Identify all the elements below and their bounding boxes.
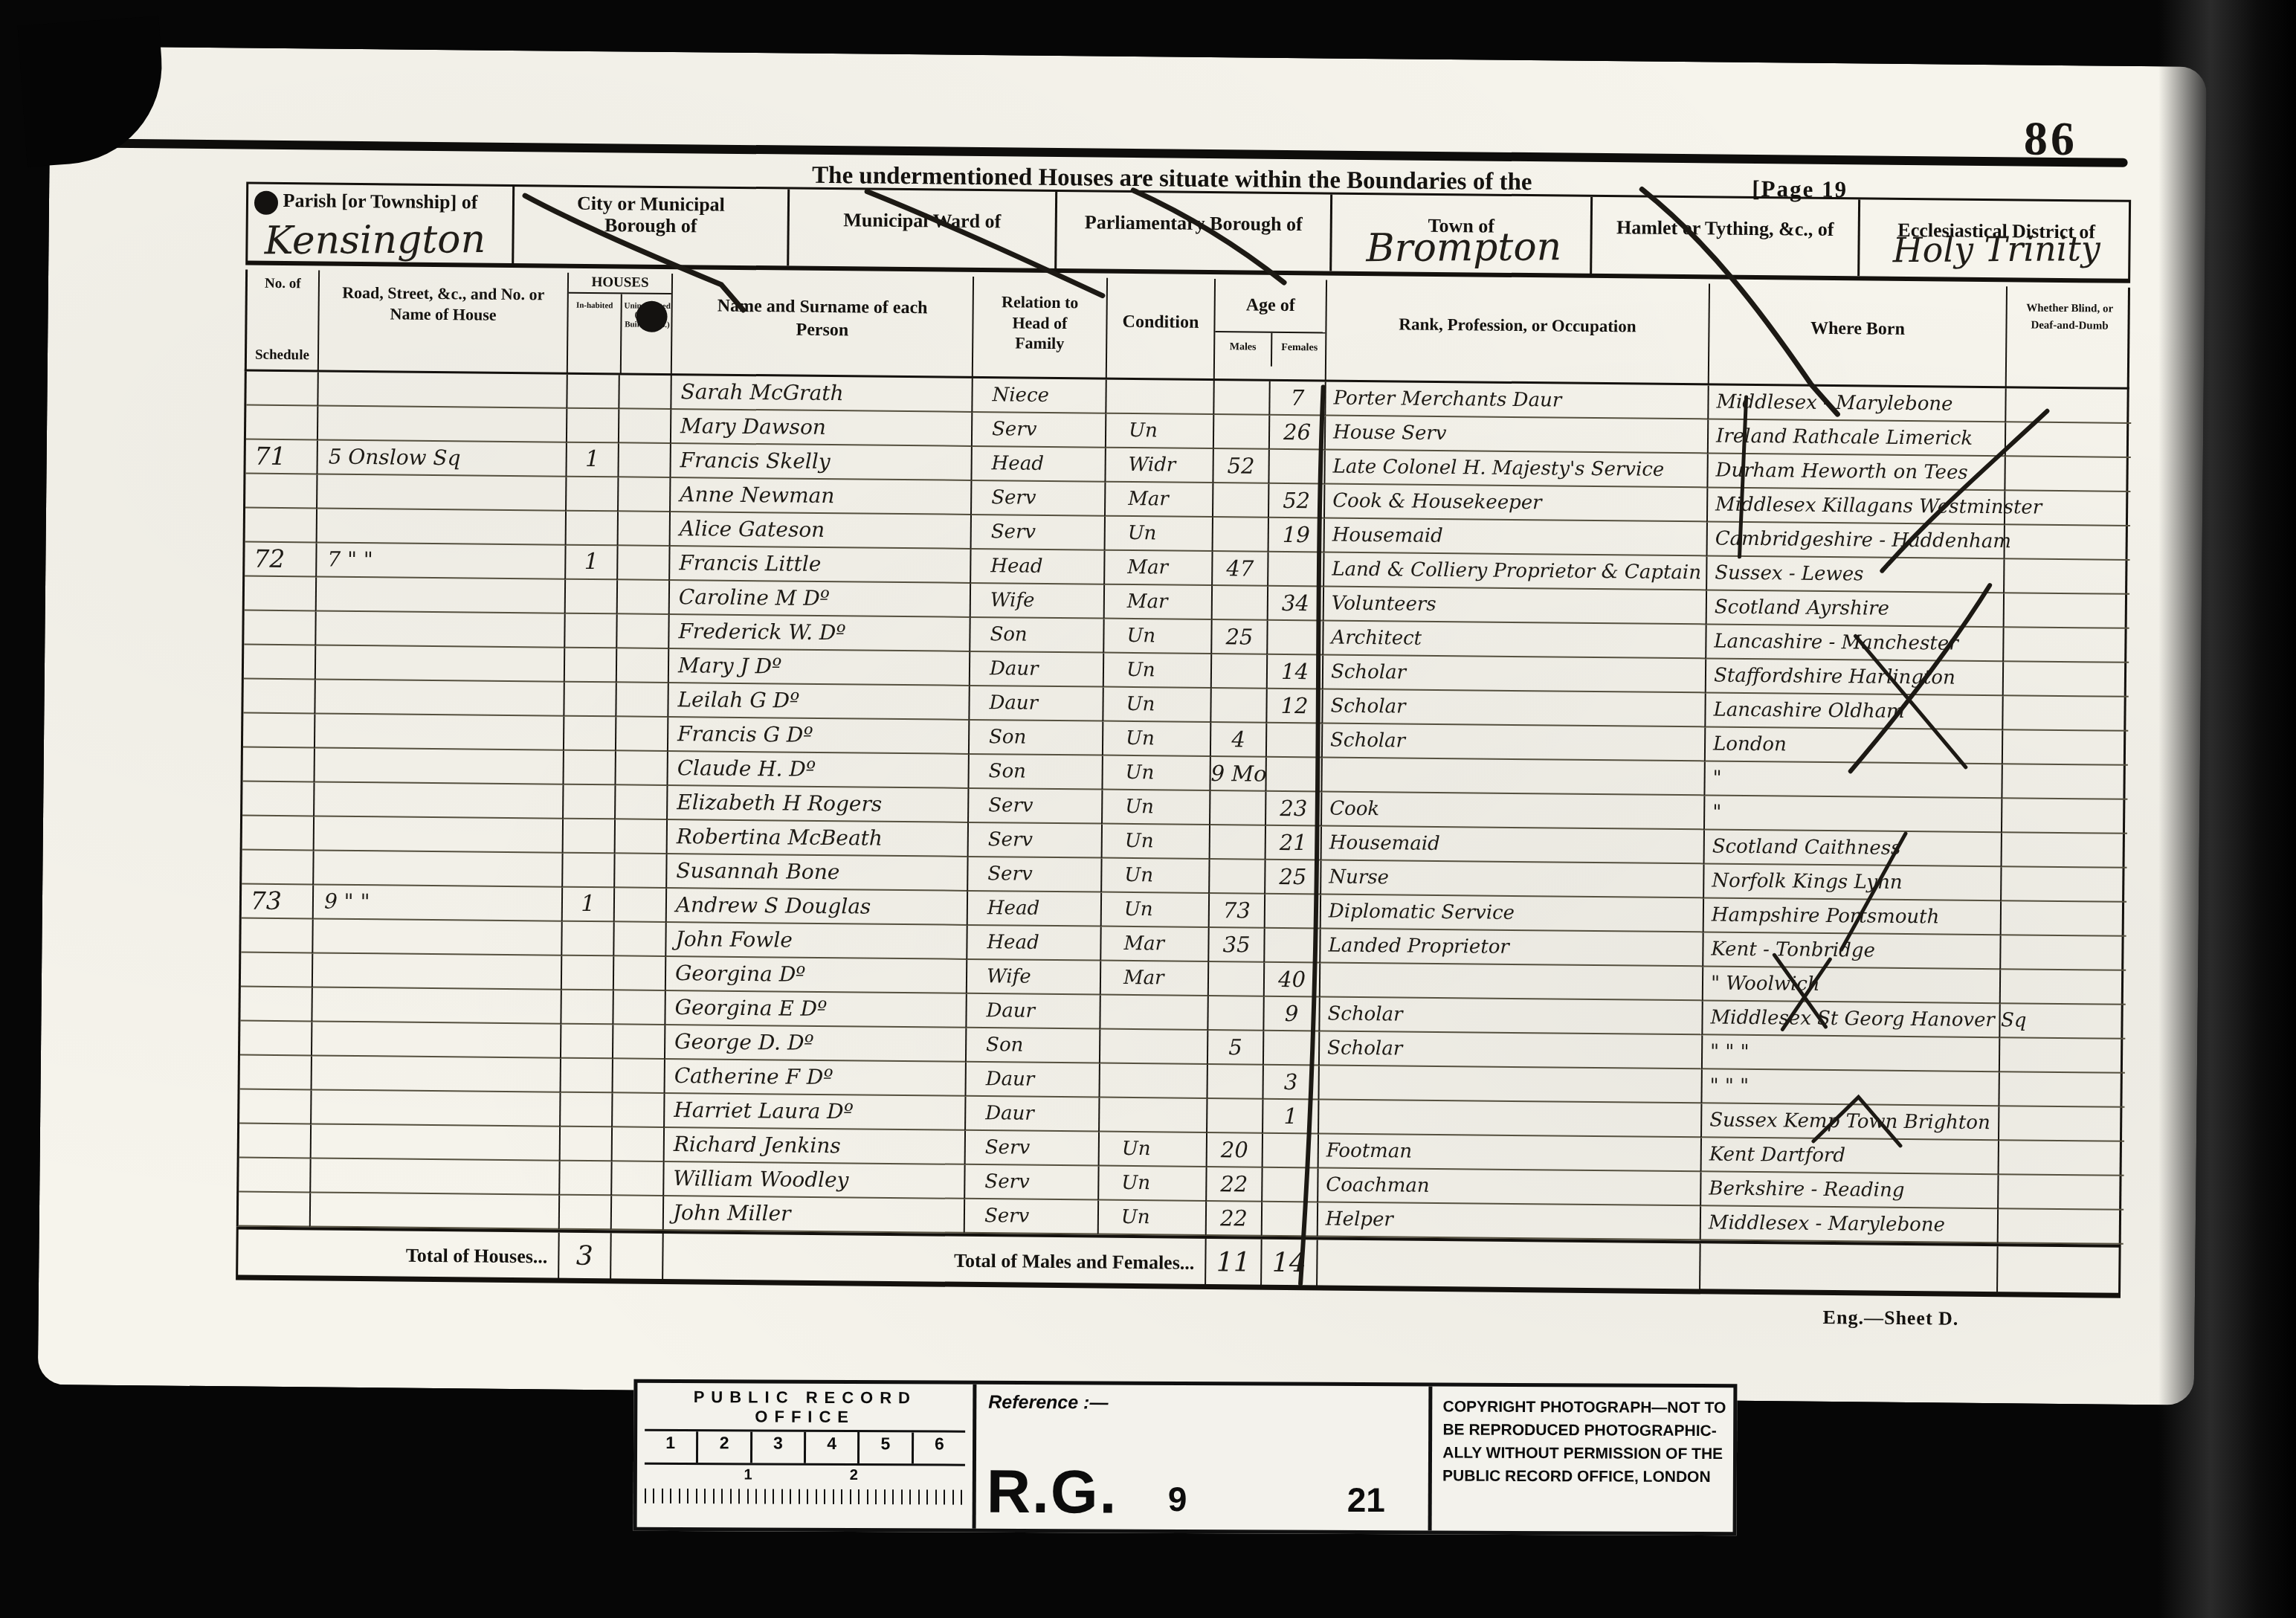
cell-born: Sussex - Lewes xyxy=(1706,556,2003,593)
cell-age_f: 52 xyxy=(1268,484,1323,519)
cell-inhabited xyxy=(562,785,614,820)
cell-age_m: 22 xyxy=(1205,1202,1261,1237)
cell-occupation: Volunteers xyxy=(1323,587,1706,625)
cell-name: Harriet Laura Dº xyxy=(663,1094,964,1131)
cell-age_m xyxy=(1212,483,1268,518)
ruler-number: 2 xyxy=(696,1431,750,1463)
cell-relation: Son xyxy=(969,618,1103,654)
cell-age_f: 14 xyxy=(1266,655,1322,690)
cell-name: Alice Gateson xyxy=(669,512,970,549)
cell-relation: Head xyxy=(967,892,1100,927)
cell-inhabited: 1 xyxy=(565,443,617,478)
cell-condition: Un xyxy=(1104,517,1212,552)
cell-infirm xyxy=(2002,696,2128,732)
cell-relation: Serv xyxy=(970,515,1104,551)
cell-born: Middlesex - Marylebone xyxy=(1707,385,2005,422)
cell-inhabited xyxy=(560,990,612,1025)
cell-age_f xyxy=(1263,1031,1318,1066)
parish-value: Kensington xyxy=(264,217,486,263)
top-rule xyxy=(68,138,2128,167)
cell-condition: Un xyxy=(1097,1201,1205,1236)
cell-name: John Miller xyxy=(662,1196,964,1234)
census-photograph: { "page": { "stamp_number": "86", "title… xyxy=(0,0,2296,1618)
book-spine-shadow xyxy=(2158,0,2296,1618)
cell-address xyxy=(312,919,561,955)
cell-age_f: 26 xyxy=(1268,416,1324,451)
cell-relation: Daur xyxy=(964,1097,1098,1132)
district-header-row: Parish [or Township] of Kensington City … xyxy=(245,182,2131,283)
cell-age_f: 7 xyxy=(1268,381,1324,416)
cell-uninhabited xyxy=(613,956,665,991)
cell-inhabited xyxy=(563,717,615,752)
cell-condition: Un xyxy=(1102,722,1210,757)
cell-schedule xyxy=(239,1193,309,1228)
cell-uninhabited xyxy=(611,1093,663,1128)
cell-uninhabited xyxy=(610,1196,662,1231)
cell-condition: Un xyxy=(1098,1132,1206,1167)
sheet-note: Eng.—Sheet D. xyxy=(1823,1306,1959,1330)
cell-relation: Serv xyxy=(964,1131,1098,1167)
reference-series: 9 xyxy=(1168,1479,1187,1519)
cell-infirm xyxy=(1999,970,2126,1005)
cell-address xyxy=(313,816,562,853)
cell-inhabited xyxy=(564,648,616,683)
cell-schedule xyxy=(239,1124,310,1159)
cell-occupation: Porter Merchants Daur xyxy=(1324,381,1707,419)
cell-age_m xyxy=(1208,860,1264,895)
col-houses: HOUSES In-habited Unin-habited (U.), or … xyxy=(567,273,671,375)
col-road: Road, Street, &c., and No. or Name of Ho… xyxy=(317,270,567,373)
total-houses-value: 3 xyxy=(558,1233,610,1281)
cell-born: London xyxy=(1704,727,2002,764)
cell-age_m xyxy=(1213,415,1268,450)
cell-schedule xyxy=(240,987,311,1022)
totals-empty-uninhabited xyxy=(610,1233,662,1281)
cell-born: " " " xyxy=(1700,1069,1998,1106)
cell-condition: Un xyxy=(1100,893,1208,928)
cell-condition: Un xyxy=(1097,1167,1205,1202)
cell-born: Lancashire - Manchester xyxy=(1705,625,2002,662)
ruler-fine-scale: 1 2 xyxy=(645,1465,965,1505)
col-uninhabited: Unin-habited (U.), or Building (B.) xyxy=(620,294,673,375)
total-houses-label: Total of Houses... xyxy=(238,1229,558,1280)
cell-schedule xyxy=(242,782,313,817)
cell-address xyxy=(317,372,566,408)
cell-infirm xyxy=(2002,662,2129,697)
census-sheet: 86 The undermentioned Houses are situate… xyxy=(38,46,2207,1405)
copyright-line: BE REPRODUCED PHOTOGRAPHIC- xyxy=(1442,1419,1726,1443)
cell-schedule xyxy=(245,474,316,509)
cell-occupation: Housemaid xyxy=(1320,826,1703,864)
cell-address xyxy=(310,1124,559,1161)
cell-age_m xyxy=(1206,1065,1262,1100)
cell-address xyxy=(309,1193,558,1229)
cell-name: Sarah McGrath xyxy=(670,376,971,413)
cell-infirm xyxy=(1997,1209,2124,1245)
cell-uninhabited xyxy=(616,546,668,581)
copyright-line: COPYRIGHT PHOTOGRAPH—NOT TO xyxy=(1442,1396,1726,1420)
reference-label: Reference :— xyxy=(988,1392,1108,1414)
cell-relation: Niece xyxy=(971,378,1105,414)
ruler-number: 4 xyxy=(804,1432,858,1463)
cell-inhabited xyxy=(559,1127,611,1162)
cell-infirm xyxy=(2003,593,2129,629)
cell-condition xyxy=(1099,996,1207,1031)
cell-condition xyxy=(1098,1064,1206,1099)
cell-age_m xyxy=(1210,689,1265,723)
cell-inhabited xyxy=(564,614,616,649)
totals-empty-born xyxy=(1699,1243,1997,1294)
cell-inhabited xyxy=(561,854,613,889)
cell-born: Sussex Kemp Town Brighton xyxy=(1700,1103,1998,1141)
header-box-parl-borough: Parliamentary Borough of xyxy=(1054,192,1330,271)
cell-inhabited xyxy=(566,409,618,444)
cell-name: George D. Dº xyxy=(664,1025,965,1063)
cell-name: Claude H. Dº xyxy=(666,752,967,789)
cell-address xyxy=(317,406,566,442)
cell-name: William Woodley xyxy=(662,1162,964,1199)
cell-condition: Un xyxy=(1101,825,1209,860)
ruler-number: 1 xyxy=(744,1466,752,1483)
cell-relation: Head xyxy=(970,447,1104,483)
cell-born: Lancashire Oldham xyxy=(1704,693,2002,730)
cell-age_m: 52 xyxy=(1212,449,1268,484)
pro-ruler-box: PUBLIC RECORD OFFICE 1 2 3 4 5 6 1 2 xyxy=(637,1383,977,1529)
pro-copyright-box: COPYRIGHT PHOTOGRAPH—NOT TO BE REPRODUCE… xyxy=(1432,1386,1734,1532)
totals-empty-occupation xyxy=(1316,1240,1700,1291)
cell-infirm xyxy=(2004,457,2130,492)
cell-infirm xyxy=(1998,1141,2124,1176)
cell-address xyxy=(314,680,563,716)
hamlet-label: Hamlet or Tything, &c., of xyxy=(1593,197,1859,241)
col-age-title: Age of xyxy=(1215,279,1326,332)
col-name: Name and Surname of each Person xyxy=(671,274,973,378)
cell-born: Middlesex - Marylebone xyxy=(1700,1206,1997,1243)
cell-inhabited xyxy=(562,819,614,854)
cell-uninhabited xyxy=(617,512,669,547)
cell-born: " " " xyxy=(1701,1035,1999,1072)
cell-infirm xyxy=(2003,525,2129,561)
cell-relation: Serv xyxy=(964,1165,1097,1201)
cell-name: Anne Newman xyxy=(669,478,970,515)
cell-condition: Mar xyxy=(1100,927,1207,962)
cell-age_f: 9 xyxy=(1263,997,1318,1032)
cell-age_m xyxy=(1209,825,1265,860)
cell-infirm xyxy=(2002,730,2128,766)
reference-class: R.G. xyxy=(987,1457,1118,1528)
cell-schedule: 71 xyxy=(245,440,316,475)
cell-inhabited xyxy=(565,512,617,547)
cell-address xyxy=(311,987,560,1024)
cell-address xyxy=(315,577,564,613)
cell-uninhabited xyxy=(611,1127,663,1162)
cell-relation: Serv xyxy=(964,1199,1097,1235)
copyright-line: PUBLIC RECORD OFFICE, LONDON xyxy=(1442,1465,1726,1489)
cell-relation: Serv xyxy=(971,413,1105,448)
cell-address xyxy=(314,748,563,784)
cell-uninhabited xyxy=(612,1025,664,1060)
cell-schedule xyxy=(240,1056,311,1091)
total-mf-label: Total of Males and Females... xyxy=(662,1234,1205,1286)
cell-age_f: 3 xyxy=(1262,1066,1318,1100)
total-males-value: 11 xyxy=(1205,1239,1261,1287)
cell-age_m: 47 xyxy=(1211,552,1267,587)
cell-age_m xyxy=(1211,586,1267,621)
cell-born: Scotland Caithness xyxy=(1703,830,2001,867)
cell-born: " xyxy=(1703,796,2001,833)
cell-address xyxy=(309,1158,558,1195)
cell-schedule xyxy=(241,953,312,988)
cell-name: Richard Jenkins xyxy=(663,1128,964,1165)
cell-born: " Woolwich xyxy=(1702,967,1999,1004)
cell-occupation: Scholar xyxy=(1321,723,1704,761)
cell-occupation: Scholar xyxy=(1322,655,1705,693)
cell-relation: Serv xyxy=(967,857,1100,893)
cell-inhabited xyxy=(559,1093,611,1128)
cell-schedule xyxy=(243,748,314,783)
cell-relation: Son xyxy=(965,1028,1099,1064)
cell-uninhabited xyxy=(613,922,665,957)
cell-occupation: Helper xyxy=(1317,1202,1700,1240)
cell-condition: Un xyxy=(1103,654,1210,689)
cell-occupation xyxy=(1318,1100,1700,1138)
cell-infirm xyxy=(1999,1004,2125,1040)
ruler-number: 6 xyxy=(912,1432,966,1463)
cell-condition: Mar xyxy=(1103,551,1211,586)
cell-inhabited xyxy=(566,375,618,410)
cell-schedule xyxy=(239,1158,309,1193)
cell-name: Andrew S Douglas xyxy=(665,889,967,926)
cell-infirm xyxy=(1998,1072,2124,1108)
cell-age_m: 73 xyxy=(1208,894,1264,929)
cell-uninhabited xyxy=(614,785,666,820)
cell-age_m xyxy=(1213,381,1268,416)
cell-infirm xyxy=(2003,559,2129,595)
cell-age_m: 22 xyxy=(1205,1167,1261,1202)
cell-relation: Serv xyxy=(967,789,1101,825)
cell-uninhabited xyxy=(612,1059,664,1094)
cell-relation: Daur xyxy=(965,994,1099,1030)
cell-relation: Daur xyxy=(969,652,1103,688)
cell-schedule xyxy=(241,919,312,954)
cell-age_m xyxy=(1210,654,1266,689)
census-rows: Sarah McGrathNiece7Porter Merchants Daur… xyxy=(236,372,2129,1245)
cell-age_m: 35 xyxy=(1207,928,1263,963)
cell-address xyxy=(316,509,565,545)
header-box-city: City or Municipal Borough of xyxy=(512,187,787,266)
cell-name: Francis G Dº xyxy=(667,718,968,755)
cell-occupation: Scholar xyxy=(1321,689,1704,727)
cell-name: Frederick W. Dº xyxy=(668,615,969,652)
ecclesiastical-value: Holy Trinity xyxy=(1892,228,2100,270)
cell-age_m xyxy=(1212,518,1268,552)
cell-relation: Daur xyxy=(964,1063,1098,1098)
cell-schedule xyxy=(244,645,315,680)
cell-born: Kent Dartford xyxy=(1700,1138,1998,1175)
header-box-town: Town of Brompton xyxy=(1329,195,1590,274)
cell-uninhabited xyxy=(618,375,670,410)
cell-born: Berkshire - Reading xyxy=(1700,1172,1997,1209)
cell-schedule xyxy=(244,611,315,646)
cell-occupation: Coachman xyxy=(1317,1168,1700,1206)
cell-infirm xyxy=(2001,799,2127,834)
cell-address xyxy=(313,782,562,819)
cell-age_f: 12 xyxy=(1265,689,1321,724)
cell-uninhabited xyxy=(612,990,664,1025)
header-box-parish: Parish [or Township] of Kensington xyxy=(248,184,512,263)
cell-infirm xyxy=(2001,764,2127,800)
cell-uninhabited xyxy=(616,614,668,649)
cell-infirm xyxy=(2002,628,2129,663)
cell-condition xyxy=(1098,1098,1206,1133)
cell-schedule xyxy=(243,714,314,749)
cell-born: Middlesex Killagans Westminster xyxy=(1706,488,2004,525)
cell-age_f xyxy=(1261,1202,1317,1237)
ruler-inch-scale: 1 2 3 4 5 6 xyxy=(645,1431,965,1466)
cell-inhabited xyxy=(560,1025,612,1060)
pro-reference-box: Reference :— R.G. 9 21 xyxy=(976,1385,1433,1531)
cell-address xyxy=(311,1056,560,1092)
cell-relation: Serv xyxy=(970,481,1104,517)
cell-occupation: Housemaid xyxy=(1323,518,1706,556)
cell-uninhabited xyxy=(614,751,666,786)
cell-infirm xyxy=(1999,935,2126,971)
cell-condition: Mar xyxy=(1100,961,1207,996)
ruler-number: 1 xyxy=(645,1431,697,1463)
cell-age_f xyxy=(1266,621,1322,656)
col-occupation: Rank, Profession, or Occupation xyxy=(1325,280,1709,384)
cell-uninhabited xyxy=(616,580,668,615)
col-houses-title: HOUSES xyxy=(569,273,671,294)
cell-inhabited xyxy=(558,1161,610,1196)
column-header-row: No. of Schedule Road, Street, &c., and N… xyxy=(245,270,2130,390)
ruler-number: 5 xyxy=(857,1432,912,1463)
cell-uninhabited xyxy=(610,1161,662,1196)
cell-age_f xyxy=(1265,723,1321,758)
cell-name: Susannah Bone xyxy=(665,854,967,892)
cell-condition: Un xyxy=(1101,790,1209,825)
cell-born: Ireland Rathcale Limerick xyxy=(1707,419,2005,457)
cell-condition: Widr xyxy=(1104,448,1212,483)
col-schedule: No. of Schedule xyxy=(247,270,318,372)
copyright-line: ALLY WITHOUT PERMISSION OF THE xyxy=(1442,1442,1726,1466)
cell-age_f xyxy=(1263,929,1319,964)
cell-infirm xyxy=(2005,388,2131,424)
cell-age_m xyxy=(1209,791,1265,826)
cell-occupation: Scholar xyxy=(1318,1031,1701,1069)
cell-born: Hampshire Portsmouth xyxy=(1703,898,2000,935)
cell-age_f: 25 xyxy=(1264,860,1320,895)
cell-age_f xyxy=(1264,895,1320,929)
cell-relation: Wife xyxy=(970,584,1103,619)
header-box-ward: Municipal Ward of xyxy=(787,190,1055,268)
cell-occupation: Cook & Housekeeper xyxy=(1323,484,1706,522)
cell-uninhabited xyxy=(613,888,665,923)
cell-condition: Un xyxy=(1105,414,1213,449)
cell-inhabited xyxy=(558,1196,610,1231)
cell-name: Caroline M Dº xyxy=(668,581,970,618)
cell-age_m: 25 xyxy=(1210,620,1266,655)
cell-schedule xyxy=(243,680,314,715)
cell-address xyxy=(315,611,564,648)
cell-name: Elizabeth H Rogers xyxy=(666,786,967,823)
cell-occupation: Scholar xyxy=(1318,997,1701,1035)
cell-age_f xyxy=(1262,1134,1318,1169)
parish-label: Parish [or Township] of xyxy=(248,184,512,214)
cell-uninhabited xyxy=(614,819,666,854)
pro-title: PUBLIC RECORD OFFICE xyxy=(645,1387,965,1428)
folio-stamp: 86 xyxy=(2024,111,2078,167)
header-box-hamlet: Hamlet or Tything, &c., of xyxy=(1590,197,1858,276)
cell-occupation: Architect xyxy=(1322,621,1705,659)
col-inhabited: In-habited xyxy=(568,294,621,375)
cell-occupation: Late Colonel H. Majesty's Service xyxy=(1323,450,1706,488)
cell-age_f: 23 xyxy=(1265,792,1320,827)
cell-schedule xyxy=(239,1090,310,1125)
cell-name: Mary Dawson xyxy=(670,410,971,447)
cell-name: John Fowle xyxy=(665,923,966,960)
cell-condition xyxy=(1105,380,1213,415)
cell-address: 9 " " xyxy=(312,885,561,921)
cell-relation: Wife xyxy=(966,960,1100,996)
col-condition: Condition xyxy=(1106,278,1214,380)
col-males: Males xyxy=(1215,332,1271,367)
cell-uninhabited xyxy=(616,648,668,683)
cell-occupation: House Serv xyxy=(1324,416,1707,454)
cell-born: Middlesex St Georg Hanover Sq xyxy=(1701,1001,1999,1038)
cell-inhabited xyxy=(565,477,617,512)
cell-name: Francis Skelly xyxy=(669,444,970,481)
city-label: City or Municipal Borough of xyxy=(515,187,788,238)
cell-infirm xyxy=(2000,867,2126,903)
col-relation: Relation to Head of Family xyxy=(972,277,1106,379)
cell-occupation xyxy=(1320,758,1703,796)
cell-relation: Son xyxy=(968,721,1102,756)
cell-occupation: Land & Colliery Proprietor & Captain xyxy=(1323,552,1706,590)
cell-condition xyxy=(1099,1030,1207,1065)
cell-relation: Head xyxy=(970,549,1103,585)
cell-condition: Un xyxy=(1101,756,1209,791)
cell-address xyxy=(315,645,564,682)
cell-born: Scotland Ayrshire xyxy=(1706,590,2003,628)
cell-born: Cambridgeshire - Haddenham xyxy=(1706,522,2004,559)
cell-condition: Mar xyxy=(1104,483,1212,518)
cell-age_f xyxy=(1261,1168,1317,1203)
cell-infirm xyxy=(2004,491,2130,526)
cell-uninhabited xyxy=(618,409,670,444)
cell-relation: Serv xyxy=(967,823,1101,859)
cell-age_m: 4 xyxy=(1210,723,1265,758)
cell-inhabited xyxy=(561,922,613,957)
cell-address xyxy=(310,1090,559,1127)
cell-born: Norfolk Kings Lynn xyxy=(1703,864,2000,901)
cell-occupation: Nurse xyxy=(1320,860,1703,898)
ward-label: Municipal Ward of xyxy=(790,190,1056,233)
cell-address xyxy=(314,714,563,750)
cell-name: Robertina McBeath xyxy=(666,820,967,857)
cell-born: Durham Heworth on Tees xyxy=(1706,454,2004,491)
cell-condition: Mar xyxy=(1103,585,1211,620)
cell-born: Staffordshire Harlington xyxy=(1705,659,2002,696)
cell-age_f: 40 xyxy=(1263,963,1319,998)
cell-age_m xyxy=(1206,1099,1262,1134)
cell-born: Kent - Tonbridge xyxy=(1702,932,1999,970)
header-box-ecclesiastical: Ecclesiastical District of Holy Trinity xyxy=(1857,199,2133,279)
cell-age_f xyxy=(1268,450,1323,485)
cell-age_f xyxy=(1265,758,1320,793)
cell-occupation: Footman xyxy=(1318,1134,1700,1172)
cell-name: Leilah G Dº xyxy=(667,683,968,721)
